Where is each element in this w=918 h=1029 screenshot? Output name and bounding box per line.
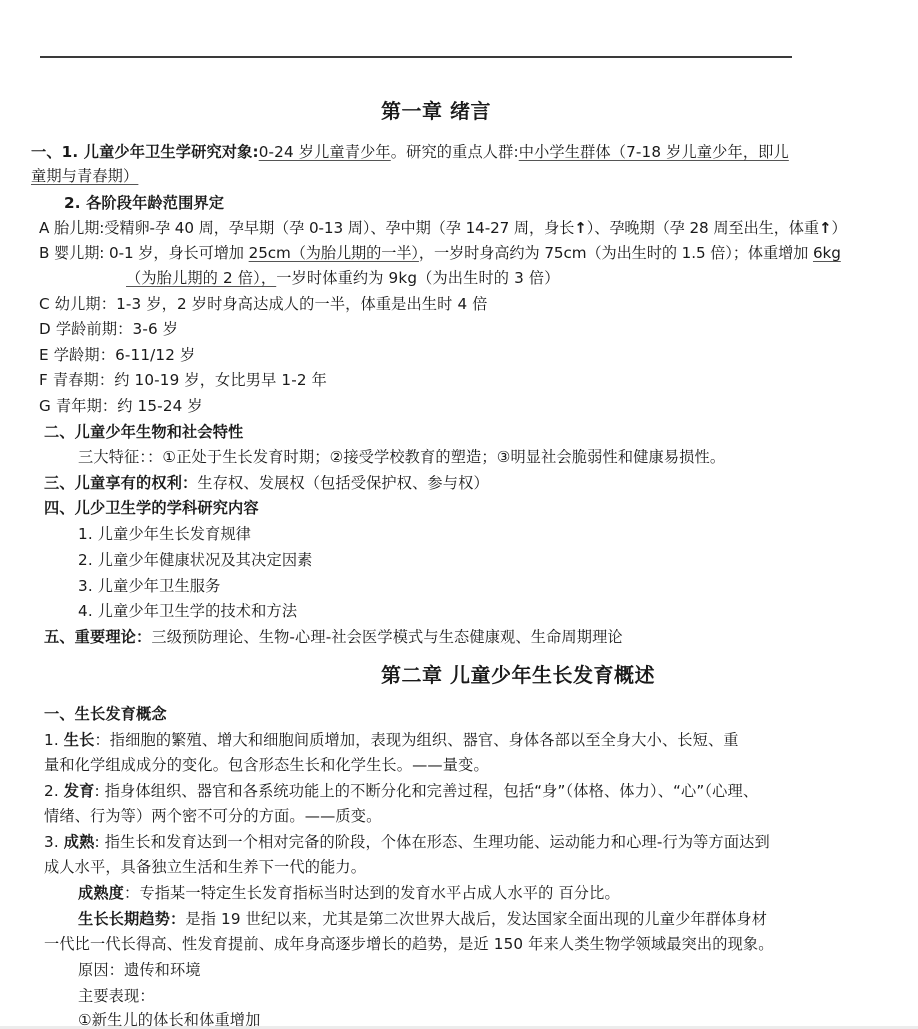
growth-definition-2: 量和化学组成成分的变化。包含形态生长和化学生长。——量变。 (44, 755, 489, 775)
stage-a-text-3: ） (831, 219, 846, 237)
development-text-1: : 指身体组织、器官和各系统功能上的不断分化和完善过程，包括“身”（体格、体力）… (94, 782, 758, 800)
maturity-degree: 成熟度：专指某一特定生长发育指标当时达到的发育水平占成人水平的 百分比。 (78, 883, 620, 903)
up-arrow-icon: ↑ (819, 219, 831, 237)
maturity-definition-2: 成人水平，具备独立生活和生养下一代的能力。 (44, 857, 366, 877)
up-arrow-icon: ↑ (574, 219, 586, 237)
item-number: 3. (44, 833, 64, 851)
research-item: 4. 儿童少年卫生学的技术和方法 (78, 601, 297, 621)
growth-text-1: ：指细胞的繁殖、增大和细胞间质增加，表现为组织、器官、身体各部以至全身大小、长短… (94, 731, 738, 749)
stage-a-fetal: A 胎儿期:受精卵-孕 40 周，孕早期（孕 0-13 周）、孕中期（孕 14-… (39, 218, 847, 238)
research-object-line-2: 童期与青春期） (31, 166, 138, 186)
document-page: 第一章 绪言 一、1. 儿童少年卫生学研究对象:0-24 岁儿童青少年。研究的重… (0, 0, 918, 1029)
research-item: 1. 儿童少年生长发育规律 (78, 524, 251, 544)
development-term: 发育 (64, 782, 95, 800)
chapter1-title: 第一章 绪言 (381, 98, 491, 124)
secular-trend: 生长长期趋势：是指 19 世纪以来，尤其是第二次世界大战后，发达国家全面出现的儿… (78, 909, 767, 929)
item-number: 1. (44, 731, 64, 749)
stage-b-text-3: 一岁时体重约为 9kg（为出生时的 3 倍） (276, 269, 559, 287)
research-item: 3. 儿童少年卫生服务 (78, 576, 220, 596)
development-definition: 2. 发育: 指身体组织、器官和各系统功能上的不断分化和完善过程，包括“身”（体… (44, 781, 758, 801)
stage-b-underline-2: 6kg (813, 244, 841, 262)
secular-trend-text-1: 是指 19 世纪以来，尤其是第二次世界大战后，发达国家全面出现的儿童少年群体身材 (185, 910, 767, 928)
maturity-degree-term: 成熟度 (78, 884, 124, 902)
stage-b-text-1: B 婴儿期: 0-1 岁，身长可增加 (39, 244, 249, 262)
maturity-term: 成熟 (64, 833, 95, 851)
section-two-heading: 二、儿童少年生物和社会特性 (44, 422, 243, 442)
section-five-line: 五、重要理论：三级预防理论、生物-心理-社会医学模式与生态健康观、生命周期理论 (44, 627, 623, 647)
section-three-line: 三、儿童享有的权利：生存权、发展权（包括受保护权、参与权） (44, 473, 489, 493)
stage-b-underline-1: 25cm（为胎儿期的一半） (249, 244, 419, 262)
stage-g-youth: G 青年期：约 15-24 岁 (39, 396, 203, 416)
stage-e-school: E 学龄期：6-11/12 岁 (39, 345, 195, 365)
growth-term: 生长 (64, 731, 95, 749)
growth-concept-heading: 一、生长发育概念 (44, 704, 167, 724)
stage-f-puberty: F 青春期：约 10-19 岁，女比男早 1-2 年 (39, 370, 327, 390)
cause-line: 原因：遗传和环境 (78, 960, 201, 980)
section-three-heading: 三、儿童享有的权利： (44, 474, 197, 492)
development-definition-2: 情绪、行为等）两个密不可分的方面。——质变。 (44, 806, 381, 826)
stage-a-text-1: A 胎儿期:受精卵-孕 40 周，孕早期（孕 0-13 周）、孕中期（孕 14-… (39, 219, 574, 237)
secular-trend-term: 生长长期趋势： (78, 910, 185, 928)
stage-c-toddler: C 幼儿期：1-3 岁，2 岁时身高达成人的一半，体重是出生时 4 倍 (39, 294, 488, 314)
stage-b-infant: B 婴儿期: 0-1 岁，身长可增加 25cm（为胎儿期的一半），一岁时身高约为… (39, 243, 841, 263)
growth-definition: 1. 生长：指细胞的繁殖、增大和细胞间质增加，表现为组织、器官、身体各部以至全身… (44, 730, 739, 750)
section-four-heading: 四、儿少卫生学的学科研究内容 (44, 498, 259, 518)
secular-trend-2: 一代比一代长得高、性发育提前、成年身高逐步增长的趋势，是近 150 年来人类生物… (44, 934, 774, 954)
research-object-label: 一、1. 儿童少年卫生学研究对象: (31, 143, 259, 161)
chapter2-title: 第二章 儿童少年生长发育概述 (381, 662, 655, 688)
section-three-body: 生存权、发展权（包括受保护权、参与权） (197, 474, 488, 492)
stage-a-text-2: ）、孕晚期（孕 28 周至出生，体重 (587, 219, 819, 237)
section-five-heading: 五、重要理论： (44, 628, 151, 646)
stage-b-infant-line-2: （为胎儿期的 2 倍），一岁时体重约为 9kg（为出生时的 3 倍） (126, 268, 560, 288)
stage-b-text-2: ，一岁时身高约为 75cm（为出生时的 1.5 倍）；体重增加 (419, 244, 813, 262)
item-number: 2. (44, 782, 64, 800)
stage-b-underline-3: （为胎儿期的 2 倍）， (126, 269, 276, 287)
maturity-definition: 3. 成熟: 指生长和发育达到一个相对完备的阶段，个体在形态、生理功能、运动能力… (44, 832, 770, 852)
section-five-body: 三级预防理论、生物-心理-社会医学模式与生态健康观、生命周期理论 (151, 628, 622, 646)
three-features: 三大特征：：①正处于生长发育时期；②接受学校教育的塑造；③明显社会脆弱性和健康易… (78, 447, 725, 467)
focus-group-label: 。研究的重点人群: (391, 143, 519, 161)
manifest-line: 主要表现： (78, 986, 155, 1006)
research-object-value: 0-24 岁儿童青少年 (259, 143, 391, 161)
research-item: 2. 儿童少年健康状况及其决定因素 (78, 550, 313, 570)
research-object-line: 一、1. 儿童少年卫生学研究对象:0-24 岁儿童青少年。研究的重点人群:中小学… (31, 142, 789, 162)
focus-group-value-b: 童期与青春期） (31, 167, 138, 185)
maturity-degree-text: ：专指某一特定生长发育指标当时达到的发育水平占成人水平的 百分比。 (124, 884, 620, 902)
age-stage-heading: 2. 各阶段年龄范围界定 (64, 193, 224, 213)
stage-d-preschool: D 学龄前期：3-6 岁 (39, 319, 178, 339)
maturity-text-1: : 指生长和发育达到一个相对完备的阶段，个体在形态、生理功能、运动能力和心理-行… (94, 833, 769, 851)
focus-group-value-a: 中小学生群体（7-18 岁儿童少年，即儿 (519, 143, 789, 161)
header-rule (40, 56, 792, 58)
